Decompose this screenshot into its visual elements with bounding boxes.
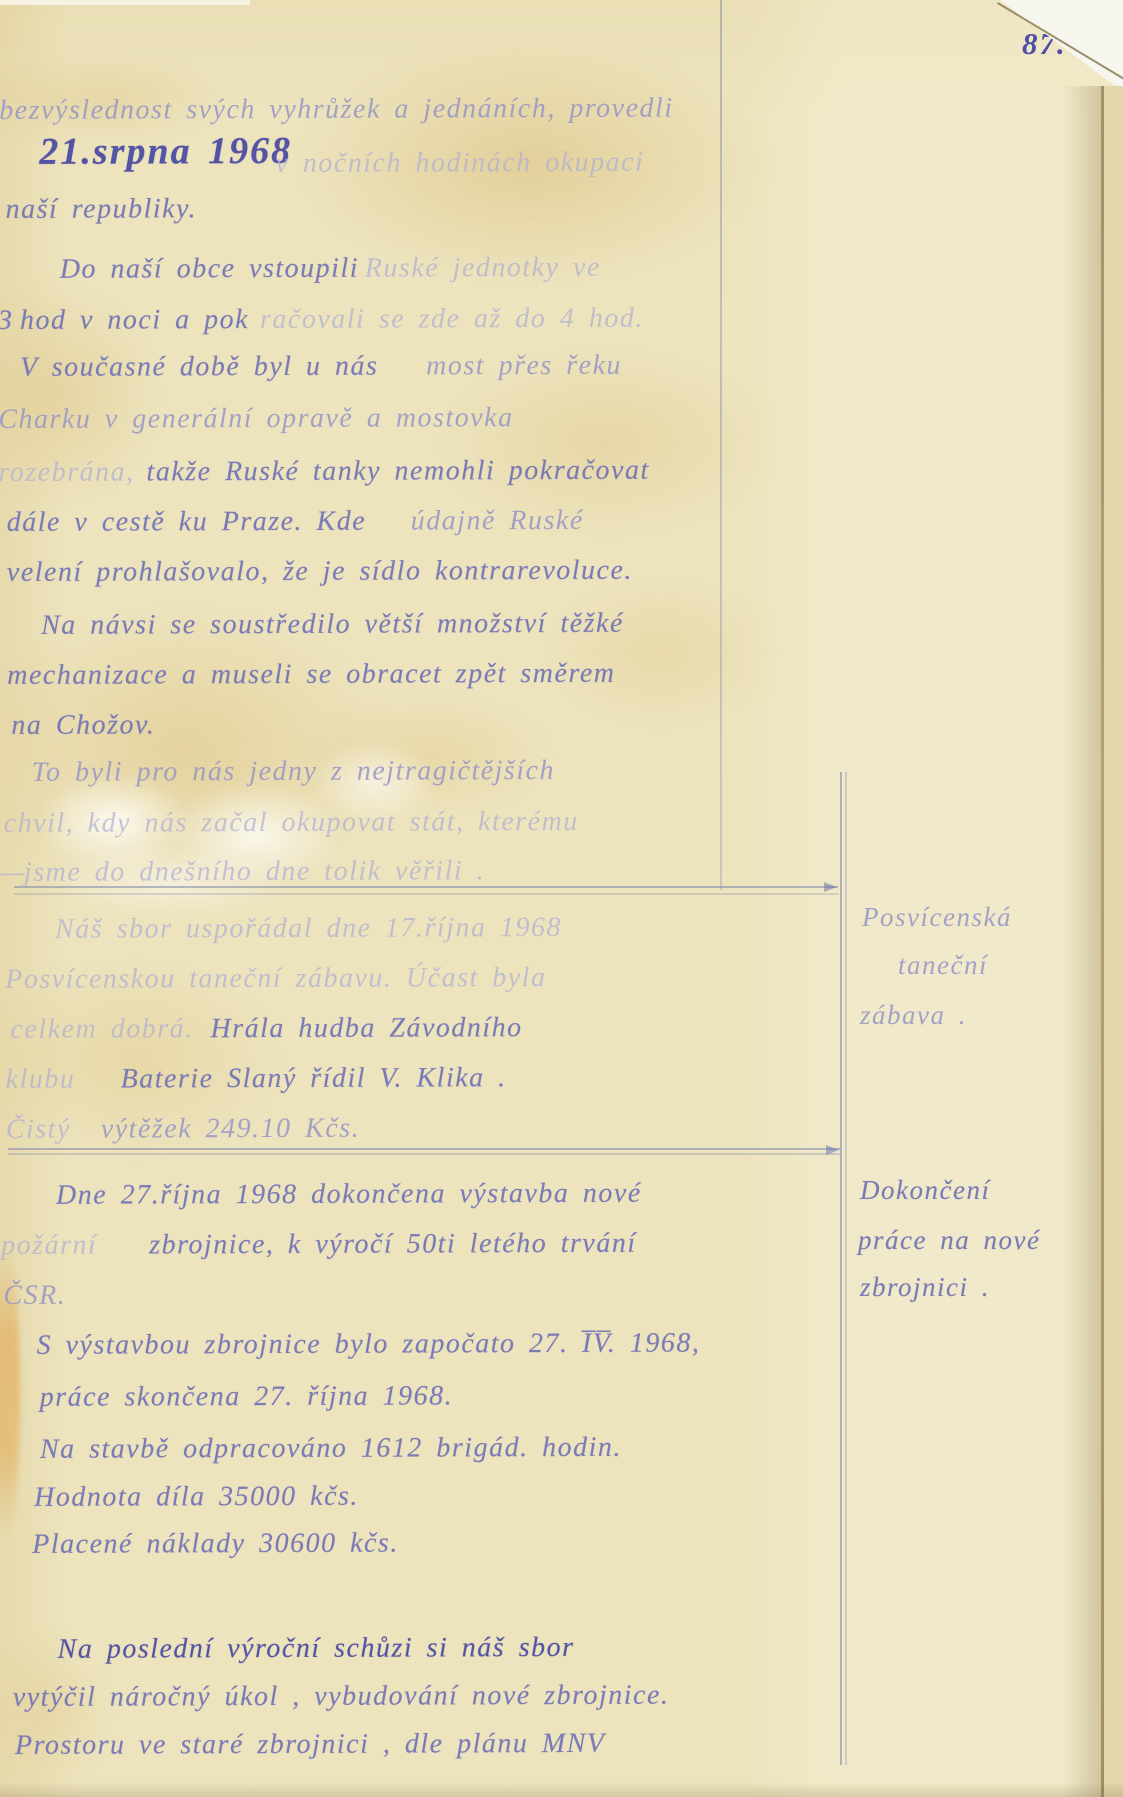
margin-note-line: Dokončení bbox=[860, 1175, 990, 1206]
page-top-edge bbox=[0, 0, 250, 5]
page-edge-shadow bbox=[1062, 86, 1102, 1797]
margin-note-line: zábava . bbox=[860, 1000, 967, 1031]
margin-note-line: Posvícenská bbox=[862, 902, 1012, 933]
paper-sheet: 87. bezvýslednost svých vyhrůžek a jedná… bbox=[0, 0, 1123, 1797]
margin-note-line: práce na nové bbox=[858, 1225, 1040, 1256]
next-page-sliver bbox=[1104, 86, 1123, 1797]
scanned-chronicle-page: { "page_number": "87.", "ink": { "dark":… bbox=[0, 0, 1123, 1797]
margin-note-line: zbrojnici . bbox=[860, 1272, 990, 1303]
margin-note-line: taneční bbox=[898, 950, 988, 981]
page-bottom-edge bbox=[0, 1782, 1123, 1797]
margin-notes-column: Posvícenskátanečnízábava .Dokončenípráce… bbox=[0, 0, 1123, 1797]
